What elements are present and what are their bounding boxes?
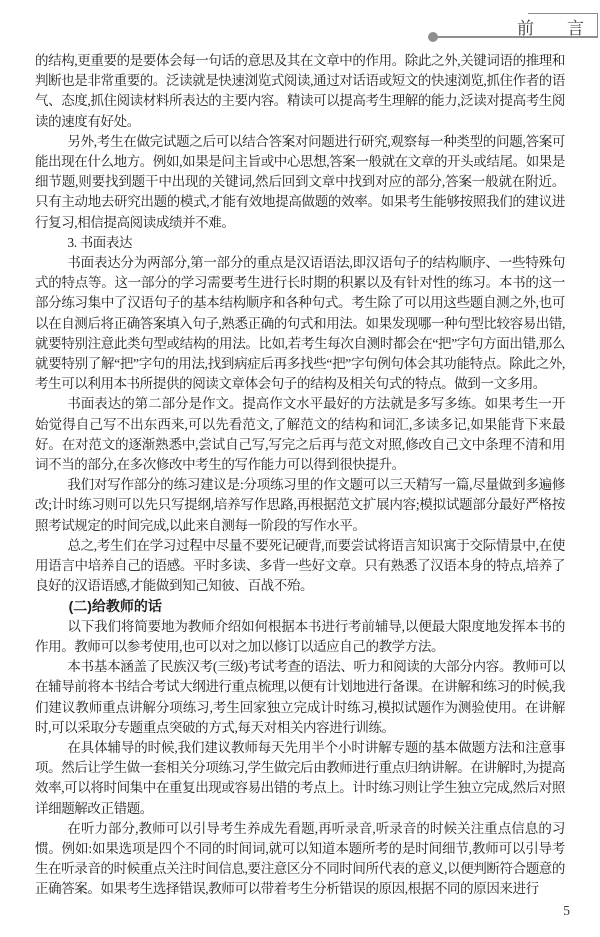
paragraph: 另外,考生在做完试题之后可以结合答案对问题进行研究,观察每一种类型的问题,答案可… bbox=[35, 132, 565, 233]
page-content: 的结构,更重要的是要体会每一句话的意思及其在文章中的作用。除此之外,关键词语的推… bbox=[35, 51, 565, 913]
paragraph: 我们对写作部分的练习建议是:分项练习里的作文题可以三天精写一篇,尽量做到多遍修改… bbox=[35, 475, 565, 536]
section-heading: (二)给教师的话 bbox=[35, 596, 565, 616]
subsection-heading: 3. 书面表达 bbox=[35, 233, 565, 253]
paragraph: 在具体辅导的时候,我们建议教师每天先用半个小时讲解专题的基本做题方法和注意事项。… bbox=[35, 738, 565, 819]
book-page: 前 言 的结构,更重要的是要体会每一句话的意思及其在文章中的作用。除此之外,关键… bbox=[0, 0, 600, 937]
paragraph: 的结构,更重要的是要体会每一句话的意思及其在文章中的作用。除此之外,关键词语的推… bbox=[35, 51, 565, 132]
paragraph: 总之,考生们在学习过程中尽量不要死记硬背,而要尝试将语言知识寓于交际情景中,在使… bbox=[35, 536, 565, 597]
paragraph: 本书基本涵盖了民族汉考(三级)考试考查的语法、听力和阅读的大部分内容。教师可以在… bbox=[35, 657, 565, 738]
paragraph: 书面表达分为两部分,第一部分的重点是汉语语法,即汉语句子的结构顺序、一些特殊句式… bbox=[35, 253, 565, 394]
paragraph: 以下我们将简要地为教师介绍如何根据本书进行考前辅导,以便最大限度地发挥本书的作用… bbox=[35, 617, 565, 657]
page-number: 5 bbox=[563, 903, 570, 919]
paragraph: 书面表达的第二部分是作文。提高作文水平最好的方法就是多写多练。如果考生一开始觉得… bbox=[35, 394, 565, 475]
paragraph: 在听力部分,教师可以引导考生养成先看题,再听录音,听录音的时候关注重点信息的习惯… bbox=[35, 819, 565, 900]
page-header-title: 前 言 bbox=[517, 14, 592, 39]
